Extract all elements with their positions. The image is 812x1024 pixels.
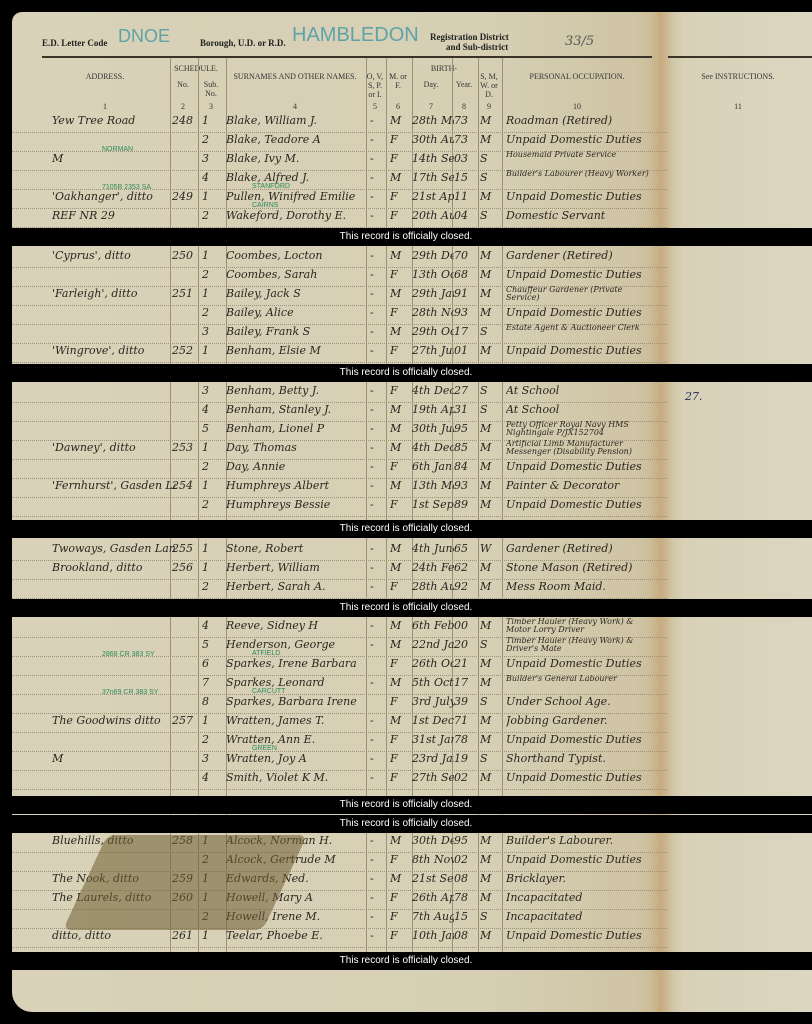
borough-label: Borough, U.D. or R.D. (200, 38, 286, 48)
cell-year: 89 (454, 498, 478, 511)
cell-sex: M (390, 619, 408, 632)
table-row: 'Wingrove', ditto2521Benham, Elsie M-F27… (12, 342, 667, 363)
column-number-8: 8 (452, 102, 476, 111)
cell-day: 10th Jan (412, 929, 454, 942)
table-row: 6Sparkes, Irene BarbaraF26th Oct21MUnpai… (12, 655, 667, 676)
cell-address: Yew Tree Road (52, 114, 176, 127)
table-row: 'Fernhurst', Gasden Lane2541Humphreys Al… (12, 477, 667, 498)
cell-ovspi: - (370, 853, 384, 866)
table-row: 'Dawney', ditto2531Day, Thomas-M4th Dec8… (12, 439, 667, 460)
column-number-2: 2 (170, 102, 196, 111)
cell-day: 30th July (412, 422, 454, 435)
cell-sex: F (390, 190, 408, 203)
cell-year: 93 (454, 306, 478, 319)
table-row: REF NR 292Wakeford, Dorothy E.-F20th Aug… (12, 207, 667, 228)
cell-sub: 3 (202, 384, 222, 397)
table-row: 2Wratten, Ann E.-F31st Jan78MUnpaid Dome… (12, 731, 667, 752)
cell-status: M (480, 114, 502, 127)
cell-name: Bailey, Jack S (226, 287, 376, 300)
cell-sex: M (390, 561, 408, 574)
cell-ovspi: - (370, 929, 384, 942)
cell-day: 4th Dec (412, 384, 454, 397)
cell-name: Sparkes, Leonard (226, 676, 376, 689)
cell-sub: 3 (202, 325, 222, 338)
cell-name: Bailey, Frank S (226, 325, 376, 338)
cell-sched: 261 (172, 929, 198, 942)
cell-year: 17 (454, 325, 478, 338)
cell-occupation: Unpaid Domestic Duties (506, 268, 656, 281)
table-row: 4Reeve, Sidney H-M6th Feb00MTimber Haule… (12, 617, 667, 638)
cell-sex: M (390, 171, 408, 184)
cell-ovspi: - (370, 561, 384, 574)
cell-day: 1st Sept (412, 498, 454, 511)
cell-name: Wratten, James T. (226, 714, 376, 727)
table-row: Yew Tree Road2481Blake, William J.-M28th… (12, 112, 667, 133)
table-row: 2Humphreys Bessie-F1st Sept89MUnpaid Dom… (12, 496, 667, 517)
cell-day: 13th Oct (412, 268, 454, 281)
cell-status: M (480, 676, 502, 689)
cell-sched: 255 (172, 542, 198, 555)
cell-sex: M (390, 441, 408, 454)
cell-sex: F (390, 752, 408, 765)
cell-sex: F (390, 133, 408, 146)
cell-year: 62 (454, 561, 478, 574)
cell-day: 26th Apl (412, 891, 454, 904)
cell-occupation: Bricklayer. (506, 872, 656, 885)
cell-name: Benham, Elsie M (226, 344, 376, 357)
table-row: 5Benham, Lionel P-M30th July95MPetty Off… (12, 420, 667, 441)
address-annotation: NORMAN (102, 146, 133, 153)
cell-sex: M (390, 676, 408, 689)
cell-occupation: Roadman (Retired) (506, 114, 656, 127)
cell-day: 19th Apl (412, 403, 454, 416)
cell-status: M (480, 498, 502, 511)
cell-year: 31 (454, 403, 478, 416)
cell-year: 73 (454, 114, 478, 127)
cell-day: 23rd Jan (412, 752, 454, 765)
cell-sub: 3 (202, 752, 222, 765)
cell-address: 'Farleigh', ditto (52, 287, 176, 300)
cell-occupation: Builder's General Labourer (506, 675, 656, 683)
cell-sched: 257 (172, 714, 198, 727)
cell-year: 95 (454, 422, 478, 435)
cell-sub: 4 (202, 619, 222, 632)
cell-year: 68 (454, 268, 478, 281)
cell-occupation: Unpaid Domestic Duties (506, 190, 656, 203)
cell-occupation: Estate Agent & Auctioneer Clerk (506, 324, 656, 332)
cell-occupation: Unpaid Domestic Duties (506, 306, 656, 319)
cell-address: 'Wingrove', ditto (52, 344, 176, 357)
cell-status: M (480, 133, 502, 146)
cell-sub: 1 (202, 344, 222, 357)
cell-sex: F (390, 306, 408, 319)
cell-status: M (480, 771, 502, 784)
closed-record-banner: This record is officially closed. (0, 952, 812, 970)
cell-name: Stone, Robert (226, 542, 376, 555)
cell-ovspi: - (370, 498, 384, 511)
cell-sub: 1 (202, 190, 222, 203)
cell-address: Brookland, ditto (52, 561, 176, 574)
cell-day: 24th Feb (412, 561, 454, 574)
cell-day: 22nd Jan (412, 638, 454, 651)
table-row: M3Wratten, Joy A-F23rd Jan19SShorthand T… (12, 750, 667, 771)
cell-name: Blake, Alfred J. (226, 171, 376, 184)
cell-name: Bailey, Alice (226, 306, 376, 319)
cell-year: 65 (454, 542, 478, 555)
cell-sex: F (390, 152, 408, 165)
cell-status: S (480, 325, 502, 338)
cell-occupation: Petty Officer Royal Navy HMS Nightingale… (506, 421, 656, 437)
cell-ovspi: - (370, 752, 384, 765)
cell-ovspi: - (370, 891, 384, 904)
cell-sex: M (390, 542, 408, 555)
cell-status: M (480, 344, 502, 357)
address-annotation: 7105B 2353 SA (102, 184, 151, 191)
cell-sex: F (390, 498, 408, 511)
column-header-9: S, M, W. or D. (478, 72, 500, 99)
cell-sex: M (390, 479, 408, 492)
cell-occupation: At School (506, 403, 656, 416)
cell-sex: F (390, 657, 408, 670)
cell-year: 15 (454, 910, 478, 923)
cell-name: Coombes, Sarah (226, 268, 376, 281)
cell-ovspi: - (370, 268, 384, 281)
cell-status: S (480, 209, 502, 222)
cell-name: Humphreys Bessie (226, 498, 376, 511)
cell-address: 'Cyprus', ditto (52, 249, 176, 262)
cell-year: 85 (454, 441, 478, 454)
cell-ovspi: - (370, 479, 384, 492)
cell-name: Herbert, Sarah A. (226, 580, 376, 593)
cell-day: 21st Apl (412, 190, 454, 203)
header-rule-right (668, 56, 812, 58)
cell-occupation: Unpaid Domestic Duties (506, 929, 656, 942)
cell-year: 15 (454, 171, 478, 184)
cell-status: W (480, 542, 502, 555)
cell-status: M (480, 287, 502, 300)
cell-sex: F (390, 344, 408, 357)
cell-sub: 3 (202, 152, 222, 165)
table-row: 2Bailey, Alice-F28th Nov93MUnpaid Domest… (12, 304, 667, 325)
column-group-header: SCHEDULE. (170, 64, 222, 73)
column-header-3: Sub. No. (198, 80, 224, 98)
cell-sex: F (390, 910, 408, 923)
cell-year: 20 (454, 638, 478, 651)
cell-sex: F (390, 891, 408, 904)
cell-day: 29th Jan (412, 287, 454, 300)
cell-ovspi: - (370, 403, 384, 416)
cell-ovspi: - (370, 441, 384, 454)
cell-address: M (52, 152, 176, 165)
cell-status: S (480, 910, 502, 923)
cell-sex: M (390, 638, 408, 651)
table-row: 4Benham, Stanley J.-M19th Apl31SAt Schoo… (12, 401, 667, 422)
cell-year: 70 (454, 249, 478, 262)
cell-sex: F (390, 929, 408, 942)
cell-sched: 249 (172, 190, 198, 203)
cell-ovspi: - (370, 771, 384, 784)
cell-day: 8th Nov (412, 853, 454, 866)
cell-ovspi: - (370, 422, 384, 435)
cell-ovspi: - (370, 638, 384, 651)
closed-record-banner: This record is officially closed. (0, 599, 812, 617)
header-rule (42, 56, 652, 58)
closed-record-banner: This record is officially closed. (0, 520, 812, 538)
cell-sub: 2 (202, 133, 222, 146)
cell-address: REF NR 29 (52, 209, 176, 222)
cell-year: 73 (454, 133, 478, 146)
cell-year: 21 (454, 657, 478, 670)
column-header-6: M. or F. (386, 72, 410, 90)
column-number-3: 3 (198, 102, 224, 111)
cell-ovspi: - (370, 133, 384, 146)
cell-occupation: Unpaid Domestic Duties (506, 344, 656, 357)
cell-name: Benham, Betty J. (226, 384, 376, 397)
cell-year: 11 (454, 190, 478, 203)
cell-year: 91 (454, 287, 478, 300)
table-row: 4Smith, Violet K M.-F27th Sept02MUnpaid … (12, 769, 667, 790)
column-header-11: See INSTRUCTIONS. (668, 72, 808, 81)
cell-occupation: Chauffeur Gardener (Private Service) (506, 286, 656, 302)
cell-status: S (480, 695, 502, 708)
cell-ovspi: - (370, 249, 384, 262)
table-row: ditto, ditto2611Teelar, Phoebe E.-F10th … (12, 927, 667, 948)
cell-sub: 1 (202, 114, 222, 127)
cell-status: M (480, 422, 502, 435)
cell-ovspi: - (370, 872, 384, 885)
cell-sub: 2 (202, 733, 222, 746)
cell-year: 08 (454, 872, 478, 885)
cell-name: Sparkes, Irene Barbara (226, 657, 376, 670)
name-annotation: ATFIELD (252, 650, 280, 657)
cell-occupation: Under School Age. (506, 695, 656, 708)
table-row: 2Day, Annie-F6th Jan84MUnpaid Domestic D… (12, 458, 667, 479)
cell-status: M (480, 460, 502, 473)
name-annotation: CAIRNS (252, 202, 278, 209)
column-number-4: 4 (226, 102, 364, 111)
cell-occupation: Unpaid Domestic Duties (506, 460, 656, 473)
cell-sex: F (390, 733, 408, 746)
cell-year: 84 (454, 460, 478, 473)
cell-sex: M (390, 422, 408, 435)
column-number-7: 7 (412, 102, 450, 111)
cell-name: Sparkes, Barbara Irene (226, 695, 376, 708)
cell-address: The Goodwins ditto (52, 714, 176, 727)
column-number-10: 10 (502, 102, 652, 111)
cell-occupation: Stone Mason (Retired) (506, 561, 656, 574)
cell-sex: M (390, 714, 408, 727)
cell-name: Wratten, Ann E. (226, 733, 376, 746)
cell-sub: 1 (202, 441, 222, 454)
table-row: 3Bailey, Frank S-M29th Oct17SEstate Agen… (12, 323, 667, 344)
cell-day: 20th Aug (412, 209, 454, 222)
cell-sub: 4 (202, 771, 222, 784)
cell-name: Coombes, Locton (226, 249, 376, 262)
cell-year: 17 (454, 676, 478, 689)
cell-occupation: Timber Hauler (Heavy Work) & Motor Lorry… (506, 618, 656, 634)
column-header-1: ADDRESS. (42, 72, 168, 81)
cell-year: 19 (454, 752, 478, 765)
cell-name: Humphreys Albert (226, 479, 376, 492)
name-annotation: STANFORD (252, 183, 290, 190)
cell-ovspi: - (370, 580, 384, 593)
cell-ovspi: - (370, 209, 384, 222)
cell-name: Pullen, Winifred Emilie (226, 190, 376, 203)
cell-year: 27 (454, 384, 478, 397)
ed-letter-code-label: E.D. Letter Code (42, 38, 107, 48)
cell-sub: 8 (202, 695, 222, 708)
cell-sub: 6 (202, 657, 222, 670)
cell-name: Benham, Stanley J. (226, 403, 376, 416)
cell-ovspi: - (370, 114, 384, 127)
cell-year: 04 (454, 209, 478, 222)
cell-address: Twoways, Gasden Lane (52, 542, 176, 555)
column-number-9: 9 (478, 102, 500, 111)
table-row: 'Farleigh', ditto2511Bailey, Jack S-M29t… (12, 285, 667, 306)
registration-label-2: and Sub-district (446, 42, 508, 52)
cell-year: 00 (454, 619, 478, 632)
cell-sub: 1 (202, 479, 222, 492)
cell-status: M (480, 872, 502, 885)
cell-status: S (480, 152, 502, 165)
cell-ovspi: - (370, 910, 384, 923)
cell-sub: 1 (202, 542, 222, 555)
cell-day: 13th May (412, 479, 454, 492)
column-number-11: 11 (668, 102, 808, 111)
cell-ovspi: - (370, 460, 384, 473)
cell-occupation: Artificial Limb Manufacturer Messenger (… (506, 440, 656, 456)
cell-year: 08 (454, 929, 478, 942)
cell-status: M (480, 891, 502, 904)
cell-year: 92 (454, 580, 478, 593)
cell-occupation: Incapacitated (506, 891, 656, 904)
cell-status: M (480, 580, 502, 593)
cell-occupation: Unpaid Domestic Duties (506, 498, 656, 511)
cell-status: M (480, 268, 502, 281)
cell-sex: M (390, 114, 408, 127)
cell-address: 'Dawney', ditto (52, 441, 176, 454)
cell-sched: 253 (172, 441, 198, 454)
cell-day: 26th Oct (412, 657, 454, 670)
cell-year: 95 (454, 834, 478, 847)
cell-status: M (480, 619, 502, 632)
cell-occupation: Unpaid Domestic Duties (506, 733, 656, 746)
cell-day: 6th Feb (412, 619, 454, 632)
column-number-5: 5 (366, 102, 384, 111)
column-number-1: 1 (42, 102, 168, 111)
cell-sched: 252 (172, 344, 198, 357)
cell-status: M (480, 657, 502, 670)
cell-day: 3rd July (412, 695, 454, 708)
cell-sched: 250 (172, 249, 198, 262)
cell-name: Herbert, William (226, 561, 376, 574)
cell-occupation: Painter & Decorator (506, 479, 656, 492)
cell-sex: M (390, 325, 408, 338)
cell-sub: 5 (202, 422, 222, 435)
cell-sub: 1 (202, 249, 222, 262)
cell-sub: 2 (202, 306, 222, 319)
cell-year: 03 (454, 152, 478, 165)
cell-ovspi: - (370, 384, 384, 397)
cell-name: Blake, Teadore A (226, 133, 376, 146)
column-header-10: PERSONAL OCCUPATION. (502, 72, 652, 81)
cell-day: 17th Sept (412, 171, 454, 184)
cell-occupation: Gardener (Retired) (506, 542, 656, 555)
cell-sex: M (390, 403, 408, 416)
cell-year: 02 (454, 853, 478, 866)
table-row: 2Herbert, Sarah A.-F28th Aug92MMess Room… (12, 578, 667, 599)
registration-value: 33/5 (565, 34, 594, 49)
cell-status: M (480, 441, 502, 454)
cell-ovspi: - (370, 190, 384, 203)
cell-ovspi: - (370, 344, 384, 357)
cell-ovspi: - (370, 676, 384, 689)
cell-sex: M (390, 287, 408, 300)
cell-ovspi: - (370, 834, 384, 847)
column-header-2: No. (170, 80, 196, 89)
borough-value: HAMBLEDON (292, 24, 419, 47)
cell-ovspi: - (370, 714, 384, 727)
cell-sub: 1 (202, 714, 222, 727)
cell-day: 30th Dec (412, 834, 454, 847)
cell-sub: 2 (202, 498, 222, 511)
cell-occupation: Builder's Labourer. (506, 834, 656, 847)
cell-day: 4th Dec (412, 441, 454, 454)
cell-sub: 7 (202, 676, 222, 689)
cell-day: 28th Nov (412, 306, 454, 319)
cell-year: 78 (454, 891, 478, 904)
cell-sex: M (390, 249, 408, 262)
cell-ovspi: - (370, 733, 384, 746)
cell-status: M (480, 479, 502, 492)
cell-day: 31st Jan (412, 733, 454, 746)
cell-sub: 1 (202, 561, 222, 574)
table-row: Twoways, Gasden Lane2551Stone, Robert-M4… (12, 540, 667, 561)
cell-year: 39 (454, 695, 478, 708)
cell-name: Wratten, Joy A (226, 752, 376, 765)
cell-occupation: Jobbing Gardener. (506, 714, 656, 727)
column-header-4: SURNAMES AND OTHER NAMES. (226, 72, 364, 81)
cell-status: M (480, 561, 502, 574)
cell-occupation: Unpaid Domestic Duties (506, 133, 656, 146)
closed-record-banner: This record is officially closed. (0, 364, 812, 382)
cell-status: M (480, 929, 502, 942)
cell-name: Benham, Lionel P (226, 422, 376, 435)
cell-status: M (480, 190, 502, 203)
cell-name: Henderson, George (226, 638, 376, 651)
margin-note: 27. (685, 390, 703, 403)
ed-letter-code: DNOE (118, 26, 170, 47)
cell-ovspi: - (370, 152, 384, 165)
cell-name: Day, Annie (226, 460, 376, 473)
cell-ovspi: - (370, 171, 384, 184)
cell-sex: F (390, 853, 408, 866)
cell-address: M (52, 752, 176, 765)
table-row: 'Oakhanger', ditto2491Pullen, Winifred E… (12, 188, 667, 209)
cell-status: M (480, 733, 502, 746)
cell-occupation: Housemaid Private Service (506, 151, 656, 159)
cell-occupation: Unpaid Domestic Duties (506, 771, 656, 784)
cell-status: M (480, 249, 502, 262)
table-row: The Goodwins ditto2571Wratten, James T.-… (12, 712, 667, 733)
cell-day: 30th Aug (412, 133, 454, 146)
cell-occupation: Gardener (Retired) (506, 249, 656, 262)
cell-ovspi: - (370, 306, 384, 319)
cell-sched: 251 (172, 287, 198, 300)
cell-status: S (480, 752, 502, 765)
cell-occupation: Mess Room Maid. (506, 580, 656, 593)
cell-name: Blake, Ivy M. (226, 152, 376, 165)
